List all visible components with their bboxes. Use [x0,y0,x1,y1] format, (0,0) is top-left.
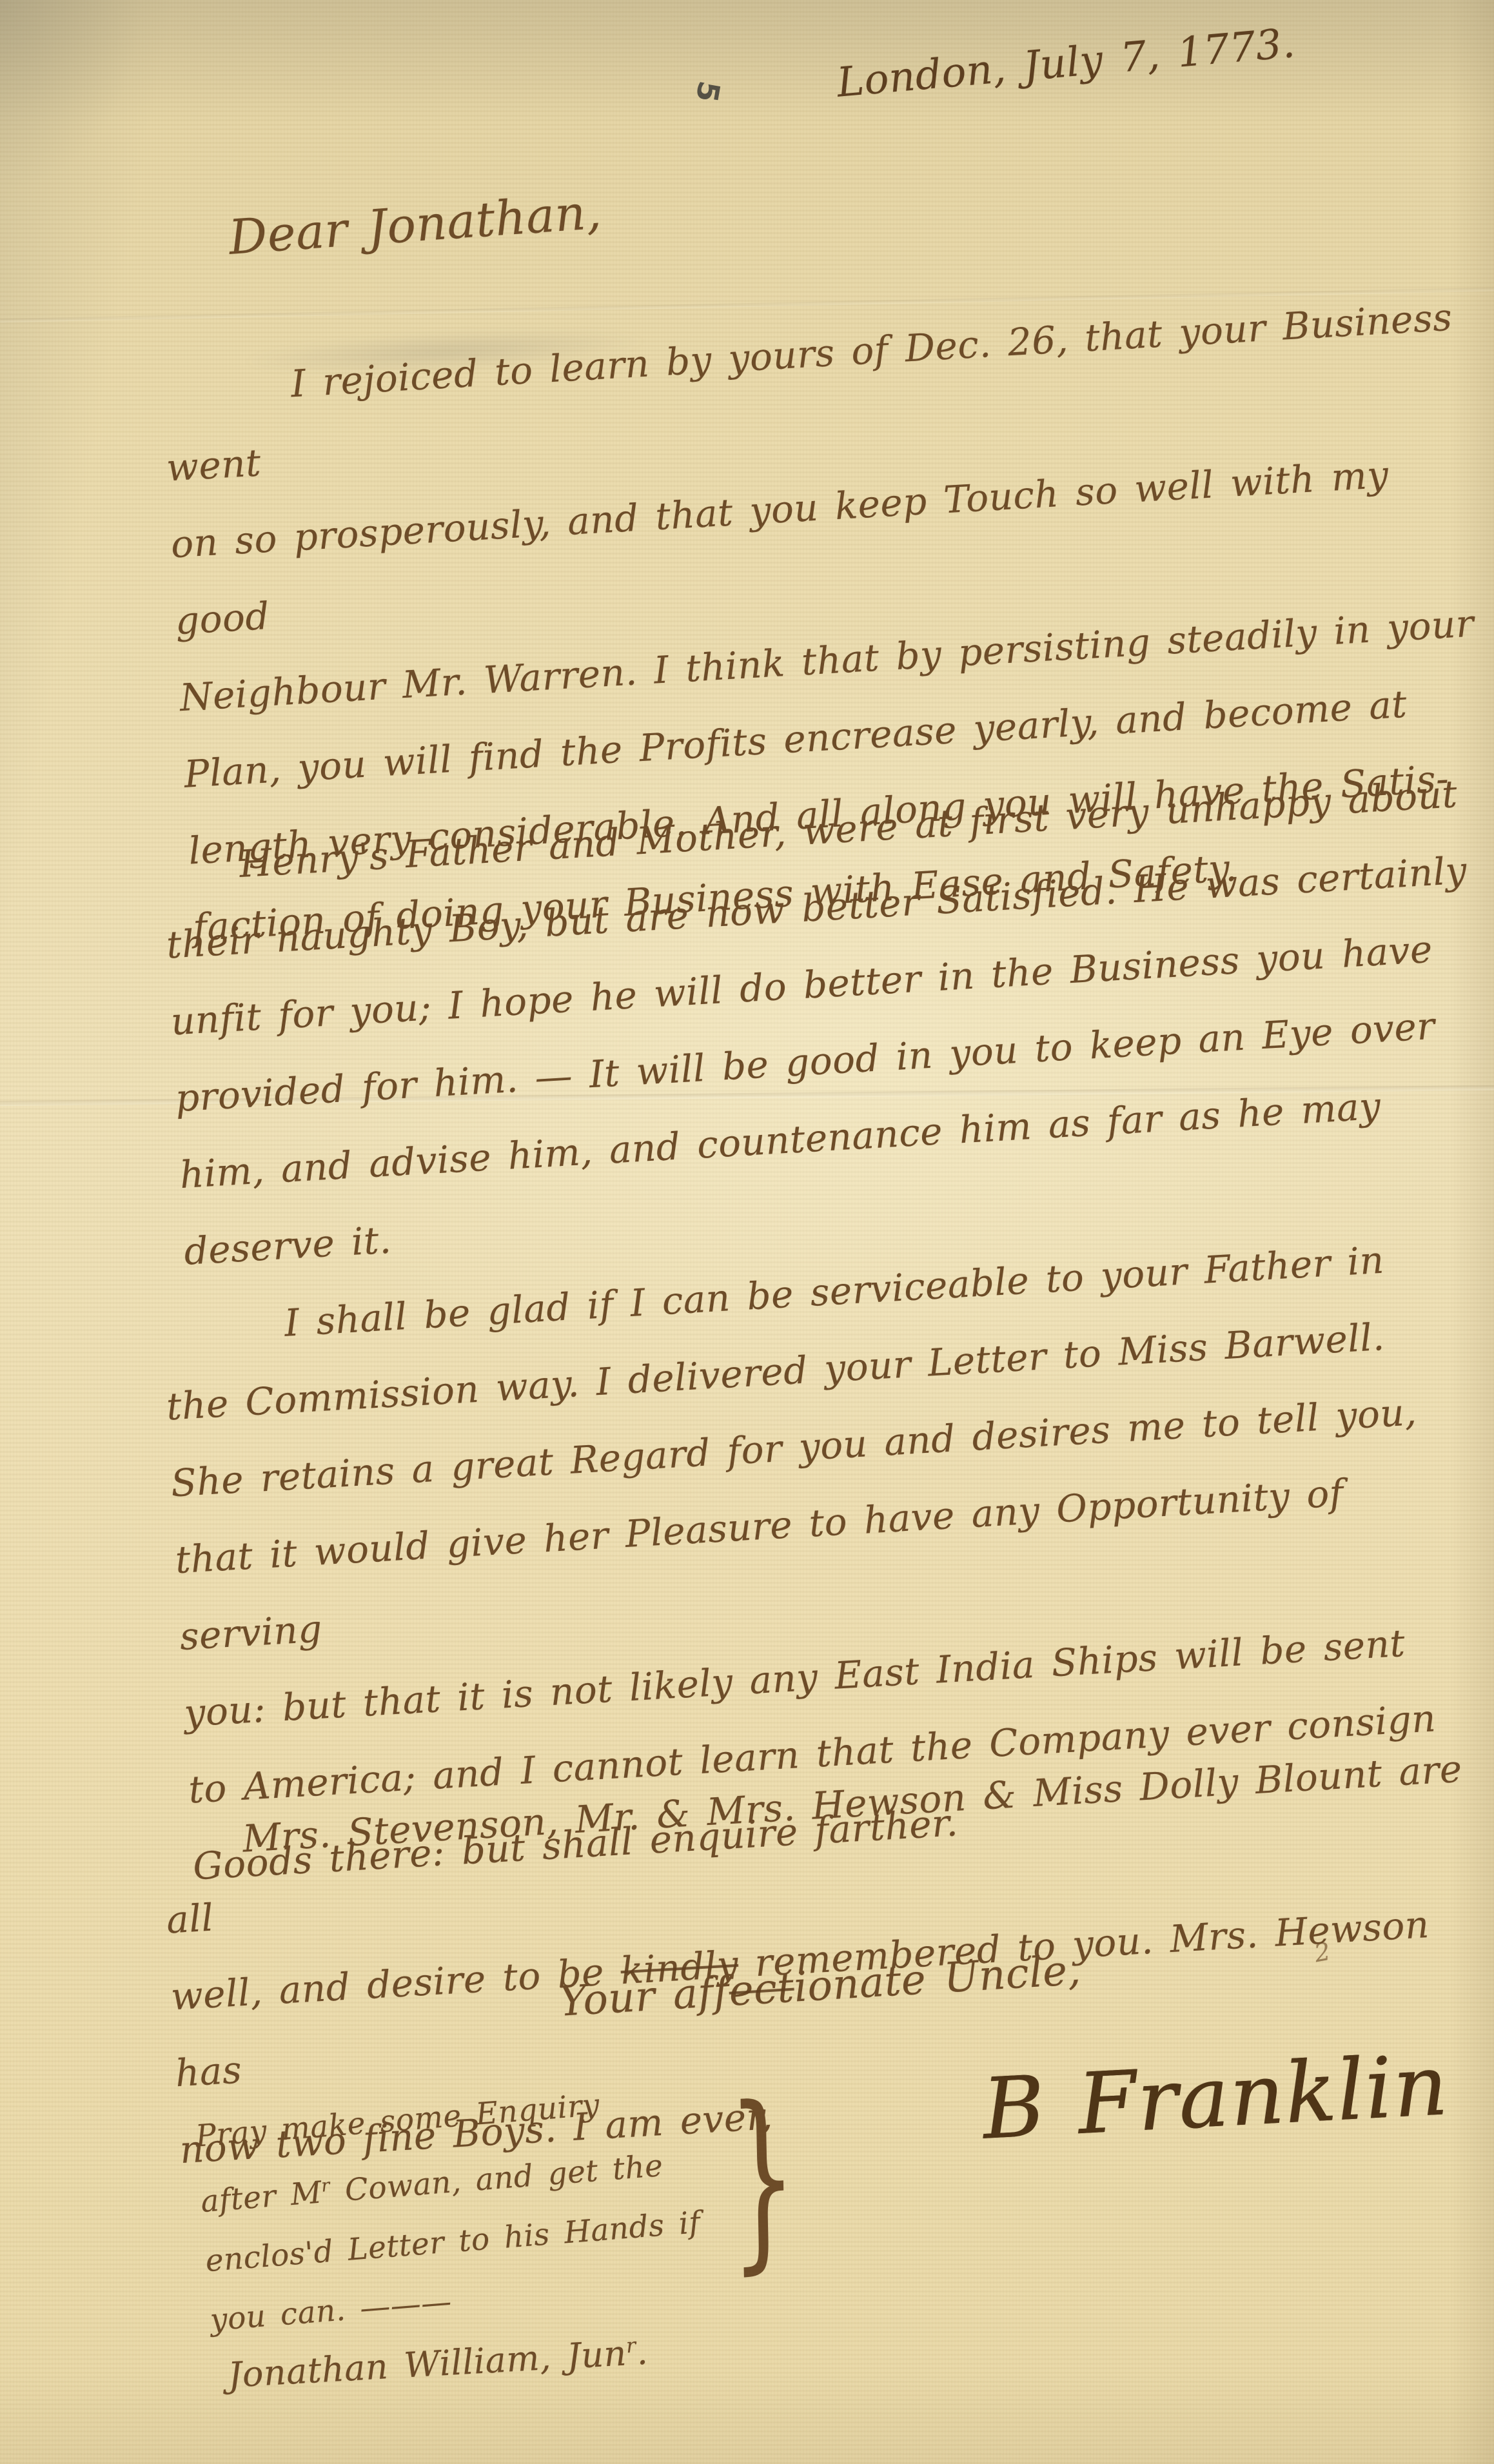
salutation: Dear Jonathan, [227,184,603,266]
corner-shading [0,0,271,361]
dateline: London, July 7, 1773. [835,19,1297,106]
postscript-brace: } [727,2095,798,2261]
archival-pencil-mark: 5 [689,79,727,105]
paragraph-2: Henry's Father and Mother, were at first… [160,755,1494,1290]
handwritten-letter-scan: London, July 7, 1773. 5 Dear Jonathan, I… [0,0,1494,2464]
postscript: Pray make some Enquiryafter Mr Cowan, an… [193,2062,791,2350]
